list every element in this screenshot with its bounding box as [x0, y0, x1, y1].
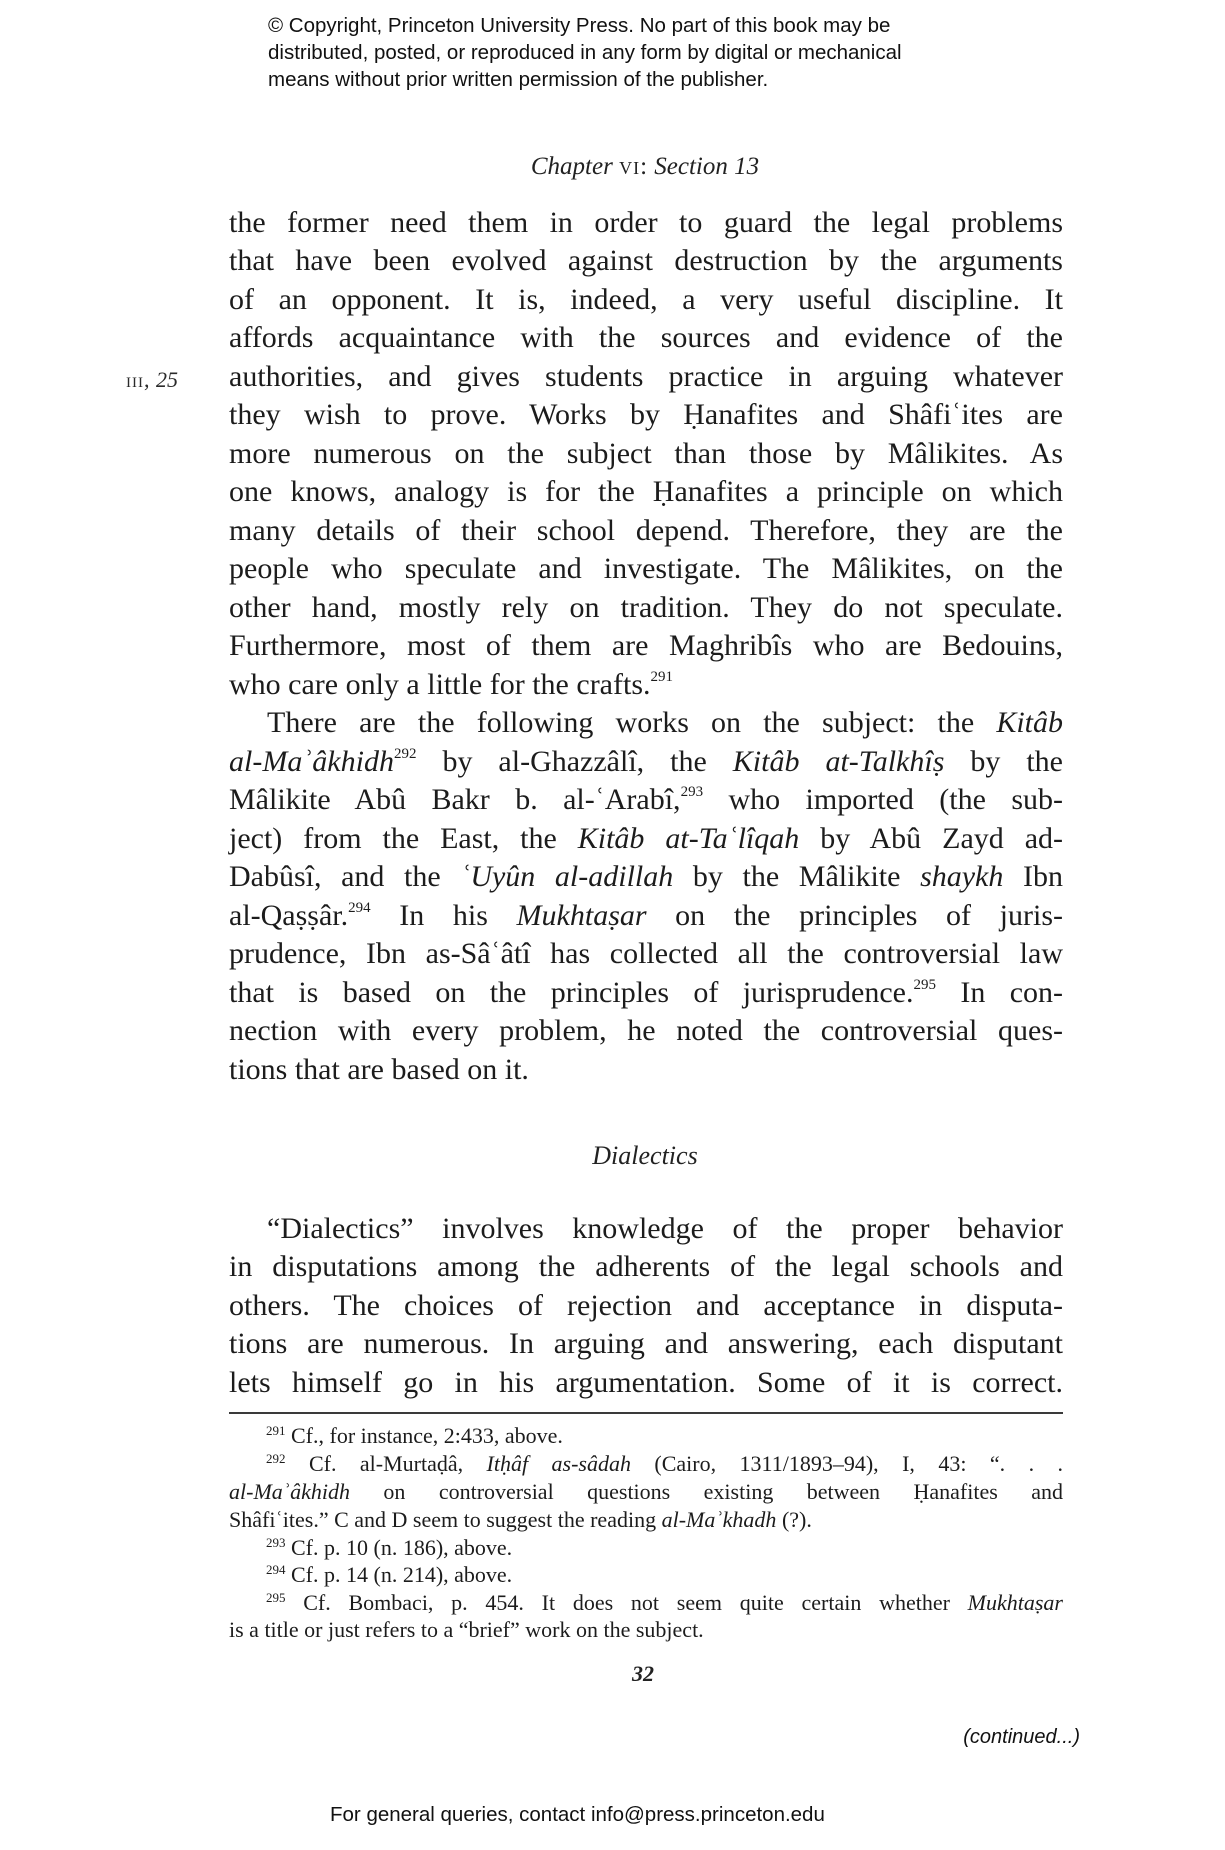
copyright-line: means without prior written permission o…: [268, 66, 988, 93]
footnote-ref[interactable]: 295: [914, 977, 937, 993]
body-line: that have been evolved against destructi…: [229, 242, 1063, 280]
book-title: ʿUyûn al-adillah: [460, 860, 673, 893]
footnote-ref[interactable]: 292: [394, 746, 417, 762]
running-head: Chapter vi: Section 13: [0, 152, 1225, 182]
body-line: the former need them in order to guard t…: [229, 204, 1063, 242]
footnote-294: 294 Cf. p. 14 (n. 214), above.: [266, 1561, 1063, 1589]
margin-page: 25: [156, 367, 178, 392]
body-line: other hand, mostly rely on tradition. Th…: [229, 589, 1063, 627]
body-line: prudence, Ibn as-Sâʿâtî has collected al…: [229, 935, 1063, 973]
footnote-text: Cf. Bombaci, p. 454. It does not seem qu…: [303, 1590, 967, 1615]
body-text: that is based on the principles of juris…: [229, 976, 914, 1009]
book-title: Kitâb at-Taʿlîqah: [578, 822, 800, 855]
body-text: who imported (the sub-: [703, 783, 1063, 816]
section-heading: Dialectics: [0, 1140, 1225, 1172]
footnote-text: Cf. p. 10 (n. 186), above.: [291, 1535, 512, 1560]
body-line: many details of their school depend. The…: [229, 512, 1063, 550]
body-line: they wish to prove. Works by Ḥanafites a…: [229, 396, 1063, 434]
footnote-text: Cf. al-Murtaḍâ,: [309, 1451, 487, 1476]
body-text: who care only a little for the crafts.: [229, 668, 651, 701]
footnote-text: Shâfiʿites.” C and D seem to suggest the…: [229, 1507, 662, 1532]
body-line: more numerous on the subject than those …: [229, 435, 1063, 473]
body-line: al-Maʾâkhidh292 by al-Ghazzâlî, the Kitâ…: [229, 743, 1063, 781]
copyright-line: distributed, posted, or reproduced in an…: [268, 39, 988, 66]
footnote-292-cont: al-Maʾâkhidh on controversial questions …: [229, 1478, 1063, 1506]
body-line: Dabûsî, and the ʿUyûn al-adillah by the …: [229, 858, 1063, 896]
footnote-ref[interactable]: 294: [348, 900, 371, 916]
body-line: tions that are based on it.: [229, 1051, 1063, 1089]
footnote-number: 291: [266, 1423, 286, 1438]
body-line: one knows, analogy is for the Ḥanafites …: [229, 473, 1063, 511]
chapter-number: vi:: [619, 153, 648, 180]
footnote-number: 293: [266, 1535, 286, 1550]
book-title: al-Maʾâkhidh: [229, 745, 394, 778]
body-text: In his: [371, 899, 517, 932]
body-text: on the principles of juris-: [647, 899, 1063, 932]
body-text: ject) from the East, the: [229, 822, 578, 855]
body-text: al-Qaṣṣâr.: [229, 899, 348, 932]
footnote-295: 295 Cf. Bombaci, p. 454. It does not see…: [266, 1589, 1063, 1617]
footnote-ref[interactable]: 293: [681, 784, 704, 800]
body-line: There are the following works on the sub…: [267, 704, 1063, 742]
body-line: al-Qaṣṣâr.294 In his Mukhtaṣar on the pr…: [229, 897, 1063, 935]
body-line: people who speculate and investigate. Th…: [229, 550, 1063, 588]
footnote-divider: [229, 1412, 1063, 1414]
section-label: Section 13: [654, 153, 759, 180]
footnote-number: 295: [266, 1590, 286, 1605]
copyright-line: © Copyright, Princeton University Press.…: [268, 12, 988, 39]
body-line: nection with every problem, he noted the…: [229, 1012, 1063, 1050]
book-title: Mukhtaṣar: [517, 899, 647, 932]
continued-label: (continued...): [963, 1724, 1080, 1750]
body-text: by the Mâlikite: [673, 860, 920, 893]
body-line: others. The choices of rejection and acc…: [229, 1287, 1063, 1325]
body-line: “Dialectics” involves knowledge of the p…: [267, 1210, 1063, 1248]
body-line: Mâlikite Abû Bakr b. al-ʿArabî,293 who i…: [229, 781, 1063, 819]
body-text: Mâlikite Abû Bakr b. al-ʿArabî,: [229, 783, 681, 816]
footnote-ref[interactable]: 291: [651, 669, 674, 685]
footnote-293: 293 Cf. p. 10 (n. 186), above.: [266, 1534, 1063, 1562]
body-line: lets himself go in his argumentation. So…: [229, 1364, 1063, 1402]
body-line: affords acquaintance with the sources an…: [229, 319, 1063, 357]
margin-reference: iii, 25: [126, 365, 178, 395]
book-title: Mukhtaṣar: [968, 1590, 1063, 1615]
copyright-notice: © Copyright, Princeton University Press.…: [268, 12, 988, 93]
body-line: of an opponent. It is, indeed, a very us…: [229, 281, 1063, 319]
footnote-number: 294: [266, 1562, 286, 1577]
footnote-text: Cf. p. 14 (n. 214), above.: [291, 1562, 512, 1587]
chapter-label: Chapter: [531, 153, 613, 180]
body-text: There are the following works on the sub…: [267, 706, 996, 739]
body-line: in disputations among the adherents of t…: [229, 1248, 1063, 1286]
body-text: In con-: [936, 976, 1063, 1009]
book-title: Kitâb: [996, 706, 1063, 739]
body-text: by Abû Zayd ad-: [799, 822, 1063, 855]
footnote-292: 292 Cf. al-Murtaḍâ, Itḥâf as-sâdah (Cair…: [266, 1450, 1063, 1478]
body-line: who care only a little for the crafts.29…: [229, 666, 1063, 704]
body-line: that is based on the principles of juris…: [229, 974, 1063, 1012]
body-text: by the: [944, 745, 1063, 778]
book-title: Itḥâf as-sâdah: [487, 1451, 631, 1476]
book-title: al-Maʾâkhidh: [229, 1479, 350, 1504]
footnote-text: Cf., for instance, 2:433, above.: [291, 1423, 563, 1448]
book-title: Kitâb at-Talkhîṣ: [733, 745, 945, 778]
body-line: ject) from the East, the Kitâb at-Taʿlîq…: [229, 820, 1063, 858]
body-text: by al-Ghazzâlî, the: [416, 745, 732, 778]
body-line: Furthermore, most of them are Maghribîs …: [229, 627, 1063, 665]
document-page: © Copyright, Princeton University Press.…: [0, 0, 1225, 1850]
body-line: tions are numerous. In arguing and answe…: [229, 1325, 1063, 1363]
footnote-295-cont: is a title or just refers to a “brief” w…: [229, 1616, 1063, 1644]
footnote-text: (Cairo, 1311/1893–94), I, 43: “. . .: [631, 1451, 1063, 1476]
body-line: authorities, and gives students practice…: [229, 358, 1063, 396]
footnote-number: 292: [266, 1451, 286, 1466]
footnote-291: 291 Cf., for instance, 2:433, above.: [266, 1422, 1063, 1450]
footnote-292-cont: Shâfiʿites.” C and D seem to suggest the…: [229, 1506, 1063, 1534]
page-number: 32: [0, 1660, 1225, 1688]
body-text: Ibn: [1003, 860, 1063, 893]
book-title: al-Maʾkhadh: [662, 1507, 777, 1532]
term: shaykh: [920, 860, 1003, 893]
contact-footer: For general queries, contact info@press.…: [330, 1802, 825, 1828]
body-text: Dabûsî, and the: [229, 860, 460, 893]
footnote-text: (?).: [776, 1507, 811, 1532]
margin-volume: iii,: [126, 367, 151, 392]
footnote-text: on controversial questions existing betw…: [350, 1479, 1063, 1504]
